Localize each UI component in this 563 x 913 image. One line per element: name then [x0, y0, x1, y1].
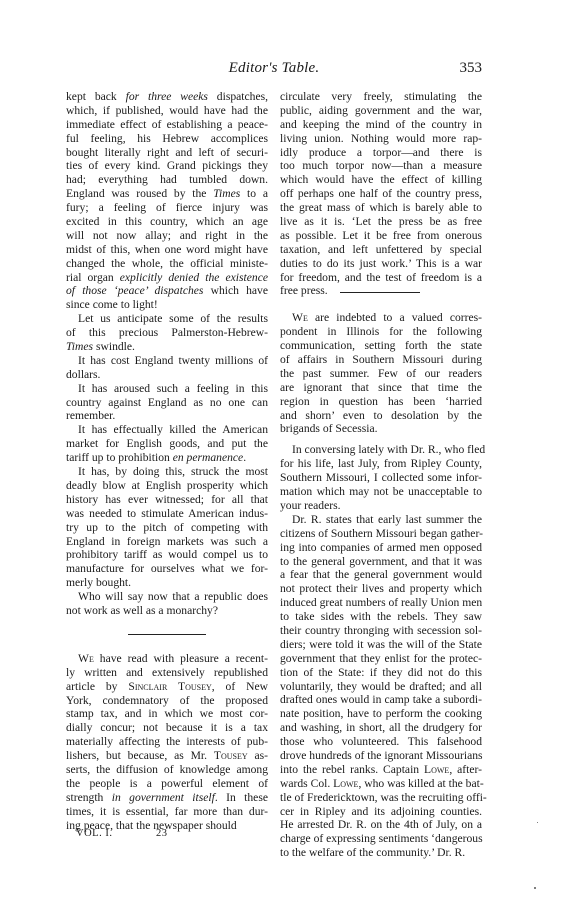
text-line: changed the whole, the official ministe- — [66, 257, 268, 271]
text-line: for his life, last July, from Ripley Cou… — [280, 457, 482, 471]
text-line: off perhaps one half of the country pres… — [280, 187, 482, 201]
text-line: He arrested Dr. R. on the 4th of July, o… — [280, 818, 482, 832]
page-number: 353 — [460, 60, 483, 77]
text-line: It has effectually killed the American — [66, 423, 268, 437]
italic-text: of those ‘peace’ dispatches — [66, 284, 203, 297]
text-line: and washing, in short, all the drudgery … — [280, 721, 482, 735]
text-line: immediate effect of establishing a peace… — [66, 118, 268, 132]
small-caps-text: We — [78, 652, 94, 665]
text-line: to take sides with the rebels. They saw — [280, 610, 482, 624]
text-line: remember. — [66, 409, 268, 423]
text-line: We are indebted to a valued corres- — [280, 311, 482, 325]
italic-text: explicitly denied the existence — [120, 271, 268, 284]
italic-text: en permanence — [173, 451, 244, 464]
print-speck — [534, 887, 536, 889]
text-line: idly produce a torpor—and there is — [280, 146, 482, 160]
text-line: public, aiding government and the war, — [280, 104, 482, 118]
text-line: duties to do its just work.’ This is a w… — [280, 257, 482, 271]
text-line: We have read with pleasure a recent- — [66, 652, 268, 666]
text-line: as possible. Let it be free from onerous — [280, 229, 482, 243]
text-line: kept back for three weeks dispatches, — [66, 90, 268, 104]
text-line: which, if published, would have had the — [66, 104, 268, 118]
italic-text: in government itself — [112, 791, 215, 804]
text-line: too much torpor now—than a measure — [280, 159, 482, 173]
text-line: England was roused by the Times to a — [66, 187, 268, 201]
text-line: strength in government itself. In these — [66, 791, 268, 805]
text-line: York, condemnatory of the proposed — [66, 694, 268, 708]
text-line: diers; were told it was the will of the … — [280, 638, 482, 652]
text-line: Southern Missouri, I collected some info… — [280, 471, 482, 485]
spacer — [280, 436, 482, 443]
signature-number: 23 — [156, 828, 168, 839]
text-line: merly bought. — [66, 576, 268, 590]
text-line: was needed to stimulate American indus- — [66, 507, 268, 521]
running-head: Editor's Table. 353 — [66, 60, 482, 78]
text-line: manufacture for ourselves what we for- — [66, 562, 268, 576]
spacer — [66, 618, 268, 634]
text-line: deadly blow at English prosperity which — [66, 479, 268, 493]
small-caps-text: Lowe — [424, 763, 449, 776]
paragraph: We have read with pleasure a recent-ly w… — [66, 652, 268, 833]
text-line: drafted ones would in camp take a subord… — [280, 693, 482, 707]
text-line: will not now allay; and right in the — [66, 229, 268, 243]
book-page: Editor's Table. 353 kept back for three … — [0, 0, 563, 913]
signature-volume: VOL. I. — [76, 828, 112, 839]
text-line: ties of every kind. Grand pickings they — [66, 159, 268, 173]
text-line: midst of this, when one word might have — [66, 243, 268, 257]
text-line: try up to the pitch of competing with — [66, 521, 268, 535]
paragraph: Dr. R. states that early last summer the… — [280, 513, 482, 860]
text-line: England in foreign markets was such a — [66, 535, 268, 549]
text-line: region in question has been ‘harried — [280, 395, 482, 409]
text-line: pondent in Illinois for the following — [280, 325, 482, 339]
paragraph: It has aroused such a feeling in thiscou… — [66, 382, 268, 424]
text-line: voluntarily, they would be drafted; and … — [280, 680, 482, 694]
text-line: and keeping the mind of the country in — [280, 118, 482, 132]
text-line: of this precious Palmerston-Hebrew- — [66, 326, 268, 340]
paragraph: In conversing lately with Dr. R., who fl… — [280, 443, 482, 512]
text-line: Dr. R. states that early last summer the — [280, 513, 482, 527]
paragraph: We are indebted to a valued corres-ponde… — [280, 311, 482, 436]
text-line: market for English goods, and put the — [66, 437, 268, 451]
text-line: to the welfare of the community.’ Dr. R. — [280, 846, 482, 860]
left-column: kept back for three weeks dispatches,whi… — [66, 90, 268, 832]
text-line: Let us anticipate some of the results — [66, 312, 268, 326]
text-line: of affairs in Southern Missouri during — [280, 353, 482, 367]
paragraph: kept back for three weeks dispatches,whi… — [66, 90, 268, 312]
text-line: mation which may not be unacceptable to — [280, 485, 482, 499]
text-line: government that they enlist for the prot… — [280, 652, 482, 666]
text-line: live as it is. ‘Let the press be as free — [280, 215, 482, 229]
text-line: the great mass of which is barely able t… — [280, 201, 482, 215]
text-line: article by Sinclair Tousey, of New — [66, 680, 268, 694]
text-line: had; everything had tumbled down. — [66, 173, 268, 187]
text-line: excited in this country, which an age — [66, 215, 268, 229]
small-caps-text: We — [292, 311, 308, 324]
text-line: of those ‘peace’ dispatches which have — [66, 284, 268, 298]
text-line: brigands of Secessia. — [280, 422, 482, 436]
text-line: circulate very freely, stimulating the — [280, 90, 482, 104]
italic-text: for three weeks — [126, 90, 208, 103]
text-line: It has cost England twenty millions of — [66, 354, 268, 368]
text-line: citizens of Southern Missouri began gath… — [280, 527, 482, 541]
text-line: since come to light! — [66, 298, 268, 312]
text-line: the past summer. Few of our readers — [280, 367, 482, 381]
text-line: ful feeling, his Hebrew accomplices — [66, 132, 268, 146]
text-line: dollars. — [66, 368, 268, 382]
print-speck — [537, 822, 538, 823]
text-line: serts, the diffusion of knowledge among — [66, 763, 268, 777]
running-head-title: Editor's Table. — [66, 60, 482, 77]
paragraph: Let us anticipate some of the resultsof … — [66, 312, 268, 354]
paragraph: circulate very freely, stimulating thepu… — [280, 90, 482, 298]
paragraph: It has effectually killed the Americanma… — [66, 423, 268, 465]
paragraph: It has cost England twenty millions ofdo… — [66, 354, 268, 382]
text-line: which would have the effect of killing — [280, 173, 482, 187]
text-line: into the rebel ranks. Captain Lowe, afte… — [280, 763, 482, 777]
text-line: times, it is essential, far more than du… — [66, 805, 268, 819]
text-line: your readers. — [280, 499, 482, 513]
spacer — [66, 635, 268, 652]
signature-mark: VOL. I. 23 — [76, 828, 112, 839]
text-line: rial organ explicitly denied the existen… — [66, 271, 268, 285]
text-line: stamp tax, and in which we most cor- — [66, 707, 268, 721]
text-line: and shorn’ even to desolation by the — [280, 409, 482, 423]
small-caps-text: Sinclair Tousey — [128, 680, 211, 693]
text-line: their country thronging with secession s… — [280, 624, 482, 638]
text-line: cer in Ripley and its adjoining counties… — [280, 805, 482, 819]
text-line: for freedom, and the test of freedom is … — [280, 271, 482, 285]
text-line: not work as well as a monarchy? — [66, 604, 268, 618]
text-line: charge of expressing sentiments ‘dangero… — [280, 832, 482, 846]
text-line: induced great numbers of really Union me… — [280, 596, 482, 610]
text-line: bought literally right and left of secur… — [66, 146, 268, 160]
small-caps-text: Tousey — [214, 749, 248, 762]
right-column: circulate very freely, stimulating thepu… — [280, 90, 482, 860]
text-line: Times swindle. — [66, 340, 268, 354]
text-line: materially affecting the interests of pu… — [66, 735, 268, 749]
text-line: communication, setting forth the state — [280, 339, 482, 353]
paragraph: It has, by doing this, struck the mostde… — [66, 465, 268, 590]
text-line: It has aroused such a feeling in this — [66, 382, 268, 396]
text-line: country against England as no one can — [66, 396, 268, 410]
text-line: tion of the State: if they did not do th… — [280, 666, 482, 680]
text-line: fury; a feeling of fierce injury was — [66, 201, 268, 215]
text-line: prohibitory tariff as would compel us to — [66, 548, 268, 562]
text-line: ing into companies of armed men opposed — [280, 541, 482, 555]
text-line: It has, by doing this, struck the most — [66, 465, 268, 479]
small-caps-text: Lowe — [333, 777, 358, 790]
text-line: drove hundreds of the ignorant Missouria… — [280, 749, 482, 763]
text-line: lishers, but because, as Mr. Tousey as- — [66, 749, 268, 763]
text-line: dially concur; not because it is a tax — [66, 721, 268, 735]
text-line: nate position, have to perform the cooki… — [280, 707, 482, 721]
text-line: wards Col. Lowe, who was killed at the b… — [280, 777, 482, 791]
text-line: to the general government, and that it w… — [280, 555, 482, 569]
text-line: tle of Fredericktown, was the recruiting… — [280, 791, 482, 805]
text-line: not protect their lives and property whi… — [280, 582, 482, 596]
text-line: Who will say now that a republic does — [66, 590, 268, 604]
text-line: those who volunteered. This falsehood — [280, 735, 482, 749]
paragraph: Who will say now that a republic doesnot… — [66, 590, 268, 618]
text-line: living union. Nothing would more rap- — [280, 132, 482, 146]
text-line: ly written and extensively republished — [66, 666, 268, 680]
italic-text: Times — [213, 187, 240, 200]
text-line: are ignorant that since that time the — [280, 381, 482, 395]
italic-text: Times — [66, 340, 93, 353]
text-line: a fear that the general government would — [280, 568, 482, 582]
text-line: In conversing lately with Dr. R., who fl… — [280, 443, 482, 457]
text-line: taxation, and left unfettered by special — [280, 243, 482, 257]
text-line: the people is a powerful element of — [66, 777, 268, 791]
text-line: tariff up to prohibition en permanence. — [66, 451, 268, 465]
text-line: history has ever witnessed; for all that — [66, 493, 268, 507]
